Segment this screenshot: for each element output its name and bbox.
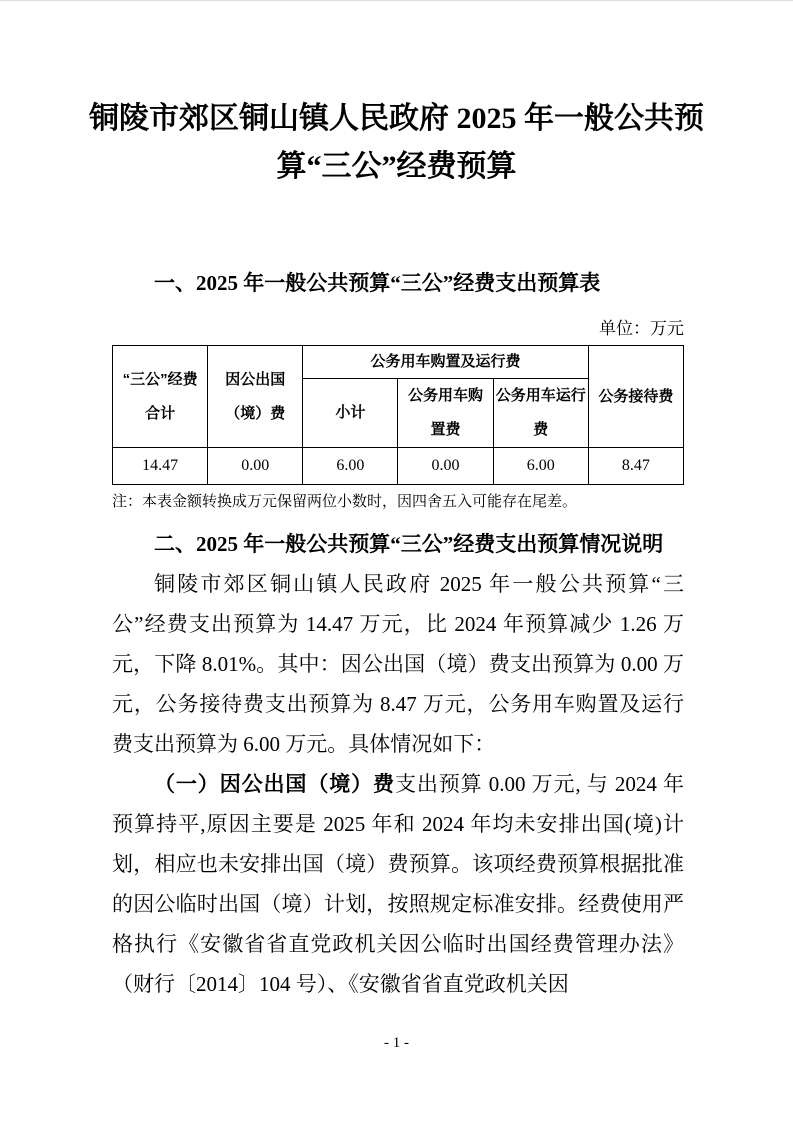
col-header-vehicle-operation: 公务用车运行 费 xyxy=(493,379,588,448)
paragraph-abroad-fee: （一）因公出国（境）费支出预算 0.00 万元, 与 2024 年预算持平,原因… xyxy=(112,764,684,1004)
page-title-line-1: 铜陵市郊区铜山镇人民政府 2025 年一般公共预 xyxy=(0,95,793,143)
page-number: - 1 - xyxy=(0,1035,793,1052)
document-page: 铜陵市郊区铜山镇人民政府 2025 年一般公共预 算“三公”经费预算 一、202… xyxy=(0,0,793,1122)
paragraph-abroad-fee-lead: （一）因公出国（境）费 xyxy=(154,772,395,796)
page-title-line-2: 算“三公”经费预算 xyxy=(0,143,793,191)
table-row: 14.47 0.00 6.00 0.00 6.00 8.47 xyxy=(113,448,684,485)
page-content: 一、2025 年一般公共预算“三公”经费支出预算表 单位：万元 “三公”经费 合… xyxy=(0,263,793,1004)
page-title: 铜陵市郊区铜山镇人民政府 2025 年一般公共预 算“三公”经费预算 xyxy=(0,1,793,191)
value-abroad-fee: 0.00 xyxy=(208,448,303,485)
value-vehicle-operation: 6.00 xyxy=(493,448,588,485)
col-header-subtotal: 小计 xyxy=(303,379,398,448)
value-sangong-total: 14.47 xyxy=(113,448,208,485)
table-header-row-1: “三公”经费 合计 因公出国 （境）费 公务用车购置及运行费 公务接待费 xyxy=(113,346,684,379)
col-header-reception-fee: 公务接待费 xyxy=(588,346,683,448)
unit-label: 单位：万元 xyxy=(112,319,684,339)
value-vehicle-subtotal: 6.00 xyxy=(303,448,398,485)
paragraph-abroad-fee-body: 支出预算 0.00 万元, 与 2024 年预算持平,原因主要是 2025 年和… xyxy=(112,772,684,996)
col-header-vehicle-purchase: 公务用车购 置费 xyxy=(398,379,493,448)
col-header-abroad-fee: 因公出国 （境）费 xyxy=(208,346,303,448)
section1-heading: 一、2025 年一般公共预算“三公”经费支出预算表 xyxy=(112,263,684,303)
col-header-vehicle-group: 公务用车购置及运行费 xyxy=(303,346,588,379)
value-reception-fee: 8.47 xyxy=(588,448,683,485)
paragraph-overview: 铜陵市郊区铜山镇人民政府 2025 年一般公共预算“三公”经费支出预算为 14.… xyxy=(112,564,684,764)
table-note: 注：本表金额转换成万元保留两位小数时，因四舍五入可能存在尾差。 xyxy=(112,492,684,512)
col-header-sangong-total: “三公”经费 合计 xyxy=(113,346,208,448)
sangong-budget-table: “三公”经费 合计 因公出国 （境）费 公务用车购置及运行费 公务接待费 小计 … xyxy=(112,345,684,485)
section2-heading: 二、2025 年一般公共预算“三公”经费支出预算情况说明 xyxy=(112,524,684,564)
value-vehicle-purchase: 0.00 xyxy=(398,448,493,485)
